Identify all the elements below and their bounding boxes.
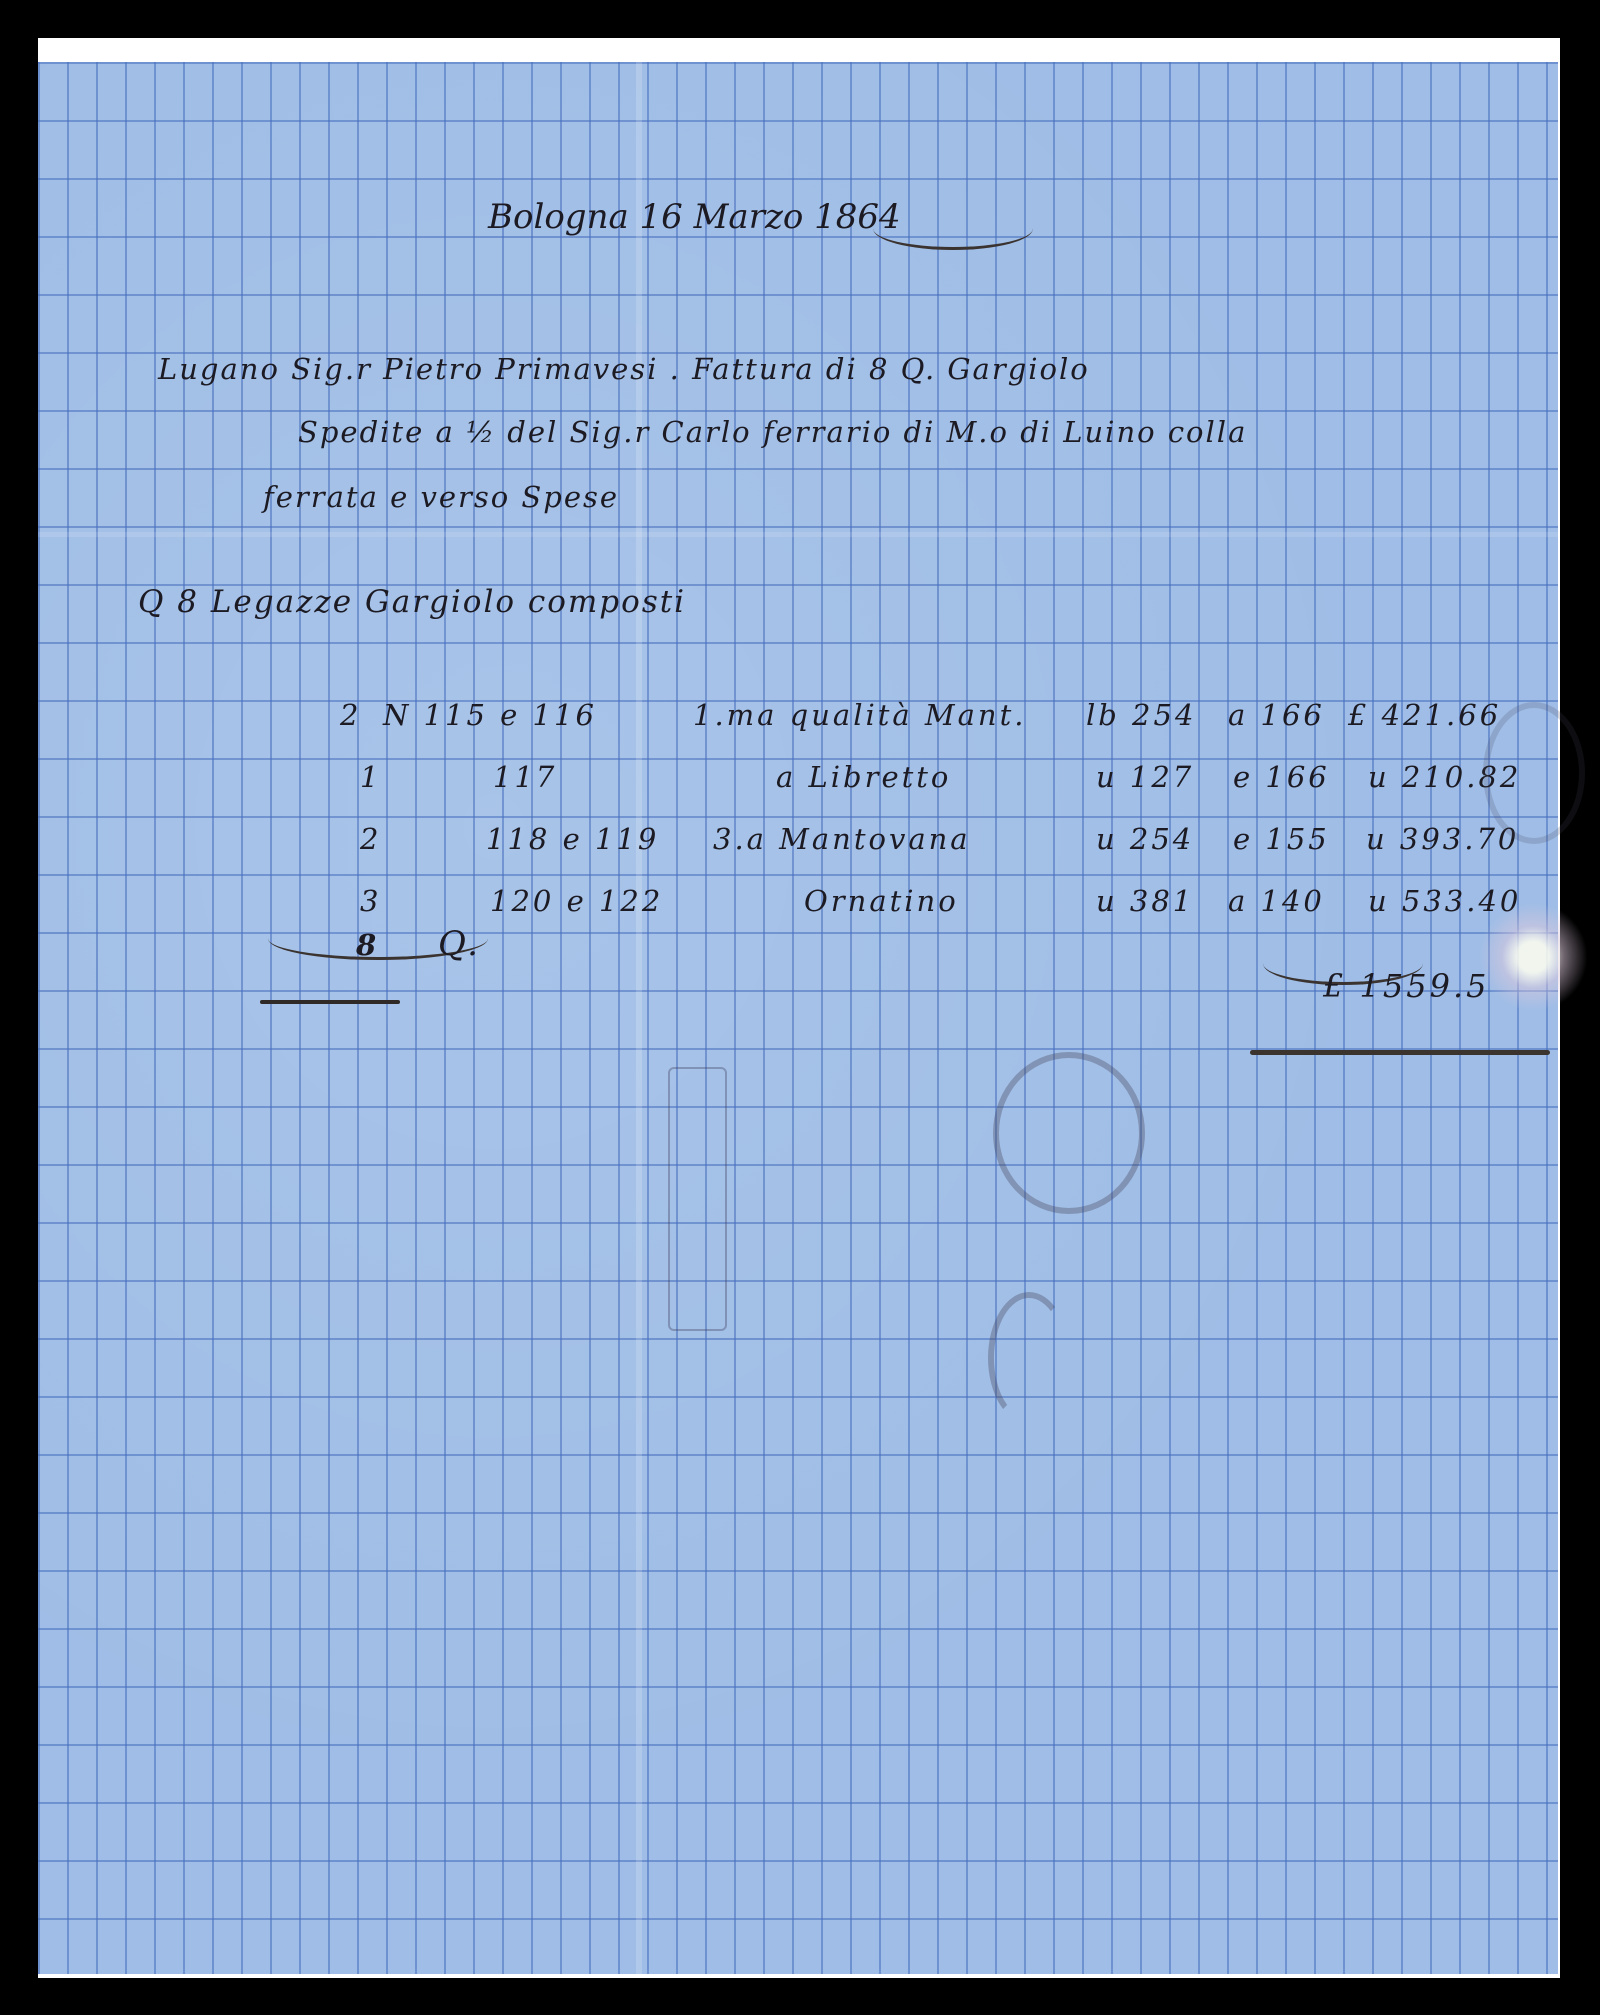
- unit-price: a 166: [1228, 698, 1325, 732]
- total-qty-unit: Q.: [438, 924, 481, 964]
- weight: u 254: [1096, 822, 1194, 856]
- description: Ornatino: [804, 884, 959, 918]
- total-qty: 8: [356, 928, 379, 962]
- bale-numbers: N 115 e 116: [383, 698, 597, 732]
- unit-price: e 155: [1233, 822, 1330, 856]
- postmark-right: [1483, 702, 1585, 844]
- description: 1.ma qualità Mant.: [693, 698, 1026, 732]
- bale-numbers: 117: [493, 760, 557, 794]
- underline-left: [260, 1000, 400, 1004]
- bale-numbers: 118 e 119: [486, 822, 659, 856]
- wax-seal-mark: [1478, 902, 1588, 1012]
- postmark-partial: [988, 1292, 1070, 1424]
- unit-price: e 166: [1233, 760, 1330, 794]
- grand-total: £ 1559.5: [1323, 967, 1490, 1005]
- qty: 3: [360, 884, 381, 918]
- address-line-2: Spedite a ½ del Sig.r Carlo ferrario di …: [298, 415, 1247, 449]
- address-line-3: ferrata e verso Spese: [263, 480, 619, 514]
- graph-paper-sheet: Bologna 16 Marzo 1864 Lugano Sig.r Pietr…: [38, 62, 1558, 1974]
- bale-numbers: 120 e 122: [490, 884, 663, 918]
- description: 3.a Mantovana: [713, 822, 971, 856]
- fold-line-horizontal: [38, 532, 1558, 537]
- postmark-circle: [993, 1052, 1145, 1214]
- place-date: Bologna 16 Marzo 1864: [488, 197, 901, 237]
- description: a Libretto: [776, 760, 951, 794]
- weight: u 381: [1096, 884, 1194, 918]
- address-line-1: Lugano Sig.r Pietro Primavesi . Fattura …: [158, 352, 1090, 386]
- rectangular-stamp: [668, 1067, 727, 1331]
- underline-right: [1250, 1050, 1550, 1055]
- weight: u 127: [1096, 760, 1194, 794]
- qty: 2: [340, 698, 361, 732]
- amount: £ 421.66: [1348, 698, 1501, 732]
- unit-price: a 140: [1228, 884, 1325, 918]
- weight: lb 254: [1086, 698, 1196, 732]
- amount: u 393.70: [1366, 822, 1519, 856]
- qty: 2: [360, 822, 381, 856]
- fold-line-vertical: [636, 62, 642, 1974]
- item-header: Q 8 Legazze Gargiolo composti: [138, 584, 686, 620]
- qty: 1: [360, 760, 381, 794]
- date-flourish: [873, 207, 1033, 250]
- document-frame: Bologna 16 Marzo 1864 Lugano Sig.r Pietr…: [38, 38, 1560, 1978]
